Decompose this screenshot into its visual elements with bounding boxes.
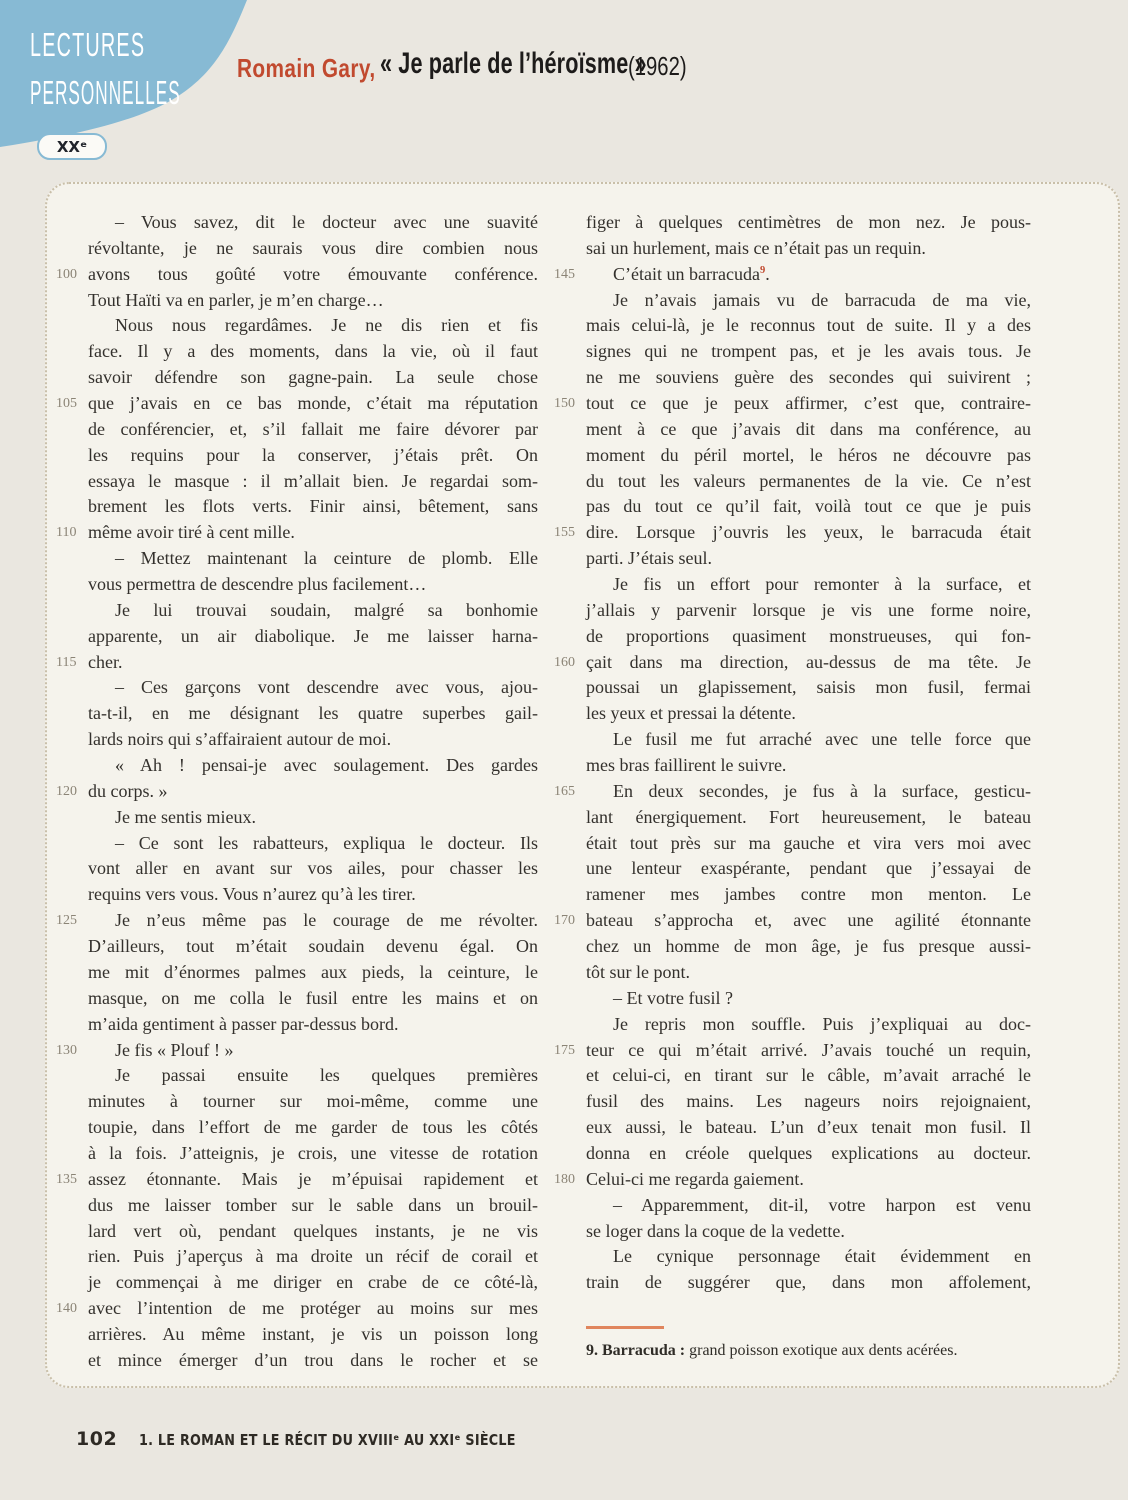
text-line-content: « Ah ! pensai-je avec soulagement. Des g… bbox=[88, 753, 538, 779]
footnote: 9. Barracuda : grand poisson exotique au… bbox=[586, 1340, 1031, 1361]
text-line-content: C’était un barracuda9. bbox=[586, 262, 1031, 288]
text-line-content: – Vous savez, dit le docteur avec une su… bbox=[88, 210, 538, 236]
text-line: 135assez étonnante. Mais je m’épuisai ra… bbox=[50, 1167, 538, 1193]
line-number bbox=[50, 598, 88, 624]
line-number bbox=[50, 1089, 88, 1115]
text-line: 175teur ce qui m’était arrivé. J’avais t… bbox=[548, 1038, 1031, 1064]
line-number bbox=[50, 1063, 88, 1089]
footnote-reference: 9 bbox=[760, 265, 765, 276]
text-line-content: Je passai ensuite les quelques premières bbox=[88, 1063, 538, 1089]
text-line: et mince émerger d’un trou dans le roche… bbox=[50, 1348, 538, 1374]
line-number bbox=[50, 856, 88, 882]
text-line: 165En deux secondes, je fus à la surface… bbox=[548, 779, 1031, 805]
text-line-content: était tout près sur ma gauche et vira ve… bbox=[586, 831, 1031, 857]
text-line-content: – Mettez maintenant la ceinture de plomb… bbox=[88, 546, 538, 572]
line-number bbox=[548, 960, 586, 986]
text-line-content: ramener mes jambes contre mon menton. Le bbox=[586, 882, 1031, 908]
text-line: 160çait dans ma direction, au-dessus de … bbox=[548, 650, 1031, 676]
text-line-content: Je n’eus même pas le courage de me révol… bbox=[88, 908, 538, 934]
text-line-content: Le cynique personnage était évidemment e… bbox=[586, 1244, 1031, 1270]
category-label-line1: LECTURES bbox=[30, 26, 145, 64]
text-line-content: brement les flots verts. Finir ainsi, bê… bbox=[88, 494, 538, 520]
text-line: moment du péril mortel, le héros ne déco… bbox=[548, 443, 1031, 469]
text-line: les requins pour la conserver, j’étais p… bbox=[50, 443, 538, 469]
text-line: révoltante, je ne saurais vous dire comb… bbox=[50, 236, 538, 262]
line-number bbox=[50, 805, 88, 831]
line-number bbox=[50, 1141, 88, 1167]
text-line: arrières. Au même instant, je vis un poi… bbox=[50, 1322, 538, 1348]
text-line: donna en créole quelques explications au… bbox=[548, 1141, 1031, 1167]
line-number bbox=[50, 1012, 88, 1038]
text-line-content: assez étonnante. Mais je m’épuisai rapid… bbox=[88, 1167, 538, 1193]
line-number bbox=[548, 1141, 586, 1167]
text-line: ramener mes jambes contre mon menton. Le bbox=[548, 882, 1031, 908]
line-number bbox=[548, 236, 586, 262]
text-line: toupie, dans l’effort de me garder de to… bbox=[50, 1115, 538, 1141]
line-number: 140 bbox=[50, 1296, 88, 1322]
text-line-content: m’aida gentiment à passer par-dessus bor… bbox=[88, 1012, 538, 1038]
line-number bbox=[548, 624, 586, 650]
line-number bbox=[50, 210, 88, 236]
text-line: Tout Haïti va en parler, je m’en charge… bbox=[50, 288, 538, 314]
text-line-content: apparente, un air diabolique. Je me lais… bbox=[88, 624, 538, 650]
line-number bbox=[548, 210, 586, 236]
text-line-content: sai un hurlement, mais ce n’était pas un… bbox=[586, 236, 1031, 262]
text-line-content: – Ce sont les rabatteurs, expliqua le do… bbox=[88, 831, 538, 857]
text-line: vont aller en avant sur vos ailes, pour … bbox=[50, 856, 538, 882]
text-line: – Ces garçons vont descendre avec vous, … bbox=[50, 675, 538, 701]
text-line-content: de conférencier, et, s’il fallait me fai… bbox=[88, 417, 538, 443]
text-line: lards noirs qui s’affairaient autour de … bbox=[50, 727, 538, 753]
text-line-content: tôt sur le pont. bbox=[586, 960, 1031, 986]
text-line: parti. J’étais seul. bbox=[548, 546, 1031, 572]
text-line-content: savoir défendre son gagne-pain. La seule… bbox=[88, 365, 538, 391]
text-line-content: requins vers vous. Vous n’aurez qu’à les… bbox=[88, 882, 538, 908]
line-number bbox=[50, 572, 88, 598]
text-line-content: En deux secondes, je fus à la surface, g… bbox=[586, 779, 1031, 805]
line-number bbox=[548, 1089, 586, 1115]
footnote-block: 9. Barracuda : grand poisson exotique au… bbox=[586, 1326, 1031, 1361]
text-line: 130Je fis « Plouf ! » bbox=[50, 1038, 538, 1064]
text-line: m’aida gentiment à passer par-dessus bor… bbox=[50, 1012, 538, 1038]
text-line: ment à ce que j’avais dit dans ma confér… bbox=[548, 417, 1031, 443]
chapter-title: 1. LE ROMAN ET LE RÉCIT DU XVIIIᵉ AU XXI… bbox=[139, 1431, 516, 1449]
text-line-content: dus me laisser tomber sur le sable dans … bbox=[88, 1193, 538, 1219]
text-line-content: masque, on me colla le fusil entre les m… bbox=[88, 986, 538, 1012]
text-line-content: figer à quelques centimètres de mon nez.… bbox=[586, 210, 1031, 236]
text-line-content: ta-t-il, en me désignant les quatre supe… bbox=[88, 701, 538, 727]
text-line: signes qui ne trompent pas, et je les av… bbox=[548, 339, 1031, 365]
line-number: 130 bbox=[50, 1038, 88, 1064]
line-number: 100 bbox=[50, 262, 88, 288]
page-footer: 102 1. LE ROMAN ET LE RÉCIT DU XVIIIᵉ AU… bbox=[76, 1428, 582, 1450]
line-number bbox=[50, 417, 88, 443]
text-line-content: – Ces garçons vont descendre avec vous, … bbox=[88, 675, 538, 701]
text-line: Je passai ensuite les quelques premières bbox=[50, 1063, 538, 1089]
line-number bbox=[548, 1012, 586, 1038]
text-line-content: avec l’intention de me protéger au moins… bbox=[88, 1296, 538, 1322]
page-number: 102 bbox=[76, 1428, 117, 1450]
text-line: – Ce sont les rabatteurs, expliqua le do… bbox=[50, 831, 538, 857]
text-line: lard vert où, pendant quelques instants,… bbox=[50, 1219, 538, 1245]
text-line-content: eux aussi, le bateau. L’un d’eux tenait … bbox=[586, 1115, 1031, 1141]
text-line-content: dire. Lorsque j’ouvris les yeux, le barr… bbox=[586, 520, 1031, 546]
line-number bbox=[50, 236, 88, 262]
line-number bbox=[548, 882, 586, 908]
text-line: j’allais y parvenir lorsque je vis une f… bbox=[548, 598, 1031, 624]
text-line: de proportions quasiment monstrueuses, q… bbox=[548, 624, 1031, 650]
text-line: Le fusil me fut arraché avec une telle f… bbox=[548, 727, 1031, 753]
text-line-content: et mince émerger d’un trou dans le roche… bbox=[88, 1348, 538, 1374]
line-number bbox=[548, 934, 586, 960]
text-line: 110même avoir tiré à cent mille. bbox=[50, 520, 538, 546]
footnote-definition: grand poisson exotique aux dents acérées… bbox=[685, 1342, 957, 1359]
line-number bbox=[548, 1270, 586, 1296]
line-number: 105 bbox=[50, 391, 88, 417]
line-number bbox=[548, 831, 586, 857]
line-number: 135 bbox=[50, 1167, 88, 1193]
text-line-content: une lenteur exaspérante, pendant que j’e… bbox=[586, 856, 1031, 882]
line-number bbox=[50, 1115, 88, 1141]
text-line-content: arrières. Au même instant, je vis un poi… bbox=[88, 1322, 538, 1348]
text-line-content: toupie, dans l’effort de me garder de to… bbox=[88, 1115, 538, 1141]
text-line-content: je commençai à me diriger en crabe de ce… bbox=[88, 1270, 538, 1296]
line-number bbox=[548, 443, 586, 469]
text-line-content: face. Il y a des moments, dans la vie, o… bbox=[88, 339, 538, 365]
text-line: poussai un glapissement, saisis mon fusi… bbox=[548, 675, 1031, 701]
text-line-content: révoltante, je ne saurais vous dire comb… bbox=[88, 236, 538, 262]
text-line: tôt sur le pont. bbox=[548, 960, 1031, 986]
text-line-content: j’allais y parvenir lorsque je vis une f… bbox=[586, 598, 1031, 624]
text-line-content: se loger dans la coque de la vedette. bbox=[586, 1219, 1031, 1245]
line-number: 180 bbox=[548, 1167, 586, 1193]
line-number bbox=[50, 986, 88, 1012]
text-line: 125Je n’eus même pas le courage de me ré… bbox=[50, 908, 538, 934]
text-line: Je me sentis mieux. bbox=[50, 805, 538, 831]
text-line-content: teur ce qui m’était arrivé. J’avais touc… bbox=[586, 1038, 1031, 1064]
text-line: je commençai à me diriger en crabe de ce… bbox=[50, 1270, 538, 1296]
line-number: 125 bbox=[50, 908, 88, 934]
text-line: Nous nous regardâmes. Je ne dis rien et … bbox=[50, 313, 538, 339]
line-number bbox=[548, 727, 586, 753]
author-name: Romain Gary, bbox=[237, 53, 376, 84]
text-line-content: rien. Puis j’aperçus à ma droite un réci… bbox=[88, 1244, 538, 1270]
line-number bbox=[50, 494, 88, 520]
text-line: une lenteur exaspérante, pendant que j’e… bbox=[548, 856, 1031, 882]
line-number: 170 bbox=[548, 908, 586, 934]
text-line-content: ne me souviens guère des secondes qui su… bbox=[586, 365, 1031, 391]
text-column-left: – Vous savez, dit le docteur avec une su… bbox=[50, 210, 538, 1374]
text-line: requins vers vous. Vous n’aurez qu’à les… bbox=[50, 882, 538, 908]
text-line: 150tout ce que je peux affirmer, c’est q… bbox=[548, 391, 1031, 417]
textbook-page: { "header": { "category": ["LECTURES", "… bbox=[0, 0, 1128, 1500]
text-line: mais celui-là, je le reconnus tout de su… bbox=[548, 313, 1031, 339]
text-line: Je n’avais jamais vu de barracuda de ma … bbox=[548, 288, 1031, 314]
text-line-content: vont aller en avant sur vos ailes, pour … bbox=[88, 856, 538, 882]
text-line: essaya le masque : il m’allait bien. Je … bbox=[50, 469, 538, 495]
text-line: – Apparemment, dit-il, votre harpon est … bbox=[548, 1193, 1031, 1219]
text-line: était tout près sur ma gauche et vira ve… bbox=[548, 831, 1031, 857]
text-line-content: train de suggérer que, dans mon affoleme… bbox=[586, 1270, 1031, 1296]
line-number bbox=[548, 339, 586, 365]
text-line: figer à quelques centimètres de mon nez.… bbox=[548, 210, 1031, 236]
text-line: chez un homme de mon âge, je fus presque… bbox=[548, 934, 1031, 960]
text-line-content: signes qui ne trompent pas, et je les av… bbox=[586, 339, 1031, 365]
text-line: 145C’était un barracuda9. bbox=[548, 262, 1031, 288]
text-line-content: Le fusil me fut arraché avec une telle f… bbox=[586, 727, 1031, 753]
line-number bbox=[548, 572, 586, 598]
line-number bbox=[548, 856, 586, 882]
text-line-content: vous permettra de descendre plus facilem… bbox=[88, 572, 538, 598]
text-line: et celui-ci, en tirant sur le câble, m’a… bbox=[548, 1063, 1031, 1089]
text-line: D’ailleurs, tout m’était soudain devenu … bbox=[50, 934, 538, 960]
text-line: fusil des mains. Les nageurs noirs rejoi… bbox=[548, 1089, 1031, 1115]
text-line: sai un hurlement, mais ce n’était pas un… bbox=[548, 236, 1031, 262]
line-number bbox=[548, 494, 586, 520]
footnote-rule bbox=[586, 1326, 664, 1329]
text-line: Le cynique personnage était évidemment e… bbox=[548, 1244, 1031, 1270]
line-number bbox=[50, 831, 88, 857]
line-number bbox=[548, 805, 586, 831]
text-line-content: chez un homme de mon âge, je fus presque… bbox=[586, 934, 1031, 960]
text-line-content: essaya le masque : il m’allait bien. Je … bbox=[88, 469, 538, 495]
text-line-content: Je me sentis mieux. bbox=[88, 805, 538, 831]
line-number bbox=[50, 701, 88, 727]
text-line-content: lards noirs qui s’affairaient autour de … bbox=[88, 727, 538, 753]
text-line: Je repris mon souffle. Puis j’expliquai … bbox=[548, 1012, 1031, 1038]
text-line-content: Celui-ci me regarda gaiement. bbox=[586, 1167, 1031, 1193]
text-line-content: même avoir tiré à cent mille. bbox=[88, 520, 538, 546]
line-number bbox=[50, 1348, 88, 1374]
line-number bbox=[50, 469, 88, 495]
text-line: mes bras faillirent le suivre. bbox=[548, 753, 1031, 779]
text-line-content: à la fois. J’atteignis, je crois, une vi… bbox=[88, 1141, 538, 1167]
text-line: – Et votre fusil ? bbox=[548, 986, 1031, 1012]
text-line-content: Nous nous regardâmes. Je ne dis rien et … bbox=[88, 313, 538, 339]
text-line: dus me laisser tomber sur le sable dans … bbox=[50, 1193, 538, 1219]
line-number bbox=[50, 624, 88, 650]
text-line-content: cher. bbox=[88, 650, 538, 676]
line-number bbox=[50, 313, 88, 339]
line-number bbox=[50, 443, 88, 469]
text-line-content: donna en créole quelques explications au… bbox=[586, 1141, 1031, 1167]
line-number bbox=[50, 1219, 88, 1245]
text-line: rien. Puis j’aperçus à ma droite un réci… bbox=[50, 1244, 538, 1270]
text-line: pas du tout ce qu’il fait, voilà tout ce… bbox=[548, 494, 1031, 520]
century-badge: XXᵉ bbox=[37, 133, 107, 160]
text-line-content: çait dans ma direction, au-dessus de ma … bbox=[586, 650, 1031, 676]
line-number bbox=[50, 1193, 88, 1219]
text-line-content: lant énergiquement. Fort heureusement, l… bbox=[586, 805, 1031, 831]
line-number bbox=[50, 934, 88, 960]
footnote-term: 9. Barracuda : bbox=[586, 1342, 685, 1359]
line-number: 155 bbox=[548, 520, 586, 546]
line-number: 120 bbox=[50, 779, 88, 805]
text-line-content: du corps. » bbox=[88, 779, 538, 805]
line-number bbox=[50, 546, 88, 572]
text-line-content: que j’avais en ce bas monde, c’était ma … bbox=[88, 391, 538, 417]
text-line: train de suggérer que, dans mon affoleme… bbox=[548, 1270, 1031, 1296]
line-number bbox=[50, 1322, 88, 1348]
text-line: me mit d’énormes palmes aux pieds, la ce… bbox=[50, 960, 538, 986]
work-year: (1962) bbox=[628, 51, 687, 82]
text-line: 155dire. Lorsque j’ouvris les yeux, le b… bbox=[548, 520, 1031, 546]
line-number bbox=[548, 417, 586, 443]
text-line-content: du tout les valeurs permanentes de la vi… bbox=[586, 469, 1031, 495]
line-number bbox=[50, 1244, 88, 1270]
text-line: face. Il y a des moments, dans la vie, o… bbox=[50, 339, 538, 365]
text-line-content: Je n’avais jamais vu de barracuda de ma … bbox=[586, 288, 1031, 314]
text-line: Je fis un effort pour remonter à la surf… bbox=[548, 572, 1031, 598]
text-line-content: bateau s’approcha et, avec une agilité é… bbox=[586, 908, 1031, 934]
text-line-content: et celui-ci, en tirant sur le câble, m’a… bbox=[586, 1063, 1031, 1089]
text-line: 170bateau s’approcha et, avec une agilit… bbox=[548, 908, 1031, 934]
text-line: minutes à tourner sur moi-même, comme un… bbox=[50, 1089, 538, 1115]
line-number bbox=[50, 727, 88, 753]
text-line: savoir défendre son gagne-pain. La seule… bbox=[50, 365, 538, 391]
reading-card: – Vous savez, dit le docteur avec une su… bbox=[45, 182, 1120, 1388]
line-number bbox=[548, 986, 586, 1012]
text-line: de conférencier, et, s’il fallait me fai… bbox=[50, 417, 538, 443]
text-line: 115cher. bbox=[50, 650, 538, 676]
text-line-content: mais celui-là, je le reconnus tout de su… bbox=[586, 313, 1031, 339]
text-line-content: Je fis « Plouf ! » bbox=[88, 1038, 538, 1064]
text-line: vous permettra de descendre plus facilem… bbox=[50, 572, 538, 598]
line-number bbox=[548, 469, 586, 495]
line-number: 160 bbox=[548, 650, 586, 676]
line-number bbox=[50, 960, 88, 986]
text-line: lant énergiquement. Fort heureusement, l… bbox=[548, 805, 1031, 831]
text-line-content: ment à ce que j’avais dit dans ma confér… bbox=[586, 417, 1031, 443]
line-number: 145 bbox=[548, 262, 586, 288]
text-line: les yeux et pressai la détente. bbox=[548, 701, 1031, 727]
text-line: 180Celui-ci me regarda gaiement. bbox=[548, 1167, 1031, 1193]
text-line-content: Je fis un effort pour remonter à la surf… bbox=[586, 572, 1031, 598]
text-line-content: avons tous goûté votre émouvante confére… bbox=[88, 262, 538, 288]
line-number bbox=[50, 753, 88, 779]
text-line-content: poussai un glapissement, saisis mon fusi… bbox=[586, 675, 1031, 701]
line-number: 165 bbox=[548, 779, 586, 805]
text-line: apparente, un air diabolique. Je me lais… bbox=[50, 624, 538, 650]
text-line-content: parti. J’étais seul. bbox=[586, 546, 1031, 572]
text-line-content: les requins pour la conserver, j’étais p… bbox=[88, 443, 538, 469]
line-number bbox=[50, 882, 88, 908]
text-line-content: mes bras faillirent le suivre. bbox=[586, 753, 1031, 779]
text-line: ne me souviens guère des secondes qui su… bbox=[548, 365, 1031, 391]
line-number: 115 bbox=[50, 650, 88, 676]
text-line: 140avec l’intention de me protéger au mo… bbox=[50, 1296, 538, 1322]
line-number bbox=[548, 1115, 586, 1141]
line-number bbox=[548, 753, 586, 779]
line-number bbox=[548, 1244, 586, 1270]
line-number bbox=[548, 1219, 586, 1245]
text-line: ta-t-il, en me désignant les quatre supe… bbox=[50, 701, 538, 727]
text-line-content: – Apparemment, dit-il, votre harpon est … bbox=[586, 1193, 1031, 1219]
text-line-content: lard vert où, pendant quelques instants,… bbox=[88, 1219, 538, 1245]
text-line-content: D’ailleurs, tout m’était soudain devenu … bbox=[88, 934, 538, 960]
text-line-content: me mit d’énormes palmes aux pieds, la ce… bbox=[88, 960, 538, 986]
line-number bbox=[50, 288, 88, 314]
line-number bbox=[548, 288, 586, 314]
line-number bbox=[50, 339, 88, 365]
line-number: 150 bbox=[548, 391, 586, 417]
line-number: 175 bbox=[548, 1038, 586, 1064]
text-line: 105que j’avais en ce bas monde, c’était … bbox=[50, 391, 538, 417]
text-line-content: Tout Haïti va en parler, je m’en charge… bbox=[88, 288, 538, 314]
text-line: brement les flots verts. Finir ainsi, bê… bbox=[50, 494, 538, 520]
text-line: se loger dans la coque de la vedette. bbox=[548, 1219, 1031, 1245]
text-line-content: pas du tout ce qu’il fait, voilà tout ce… bbox=[586, 494, 1031, 520]
line-number bbox=[548, 701, 586, 727]
line-number bbox=[548, 546, 586, 572]
line-number bbox=[548, 1193, 586, 1219]
text-column-right: figer à quelques centimètres de mon nez.… bbox=[548, 210, 1031, 1361]
text-line: « Ah ! pensai-je avec soulagement. Des g… bbox=[50, 753, 538, 779]
line-number: 110 bbox=[50, 520, 88, 546]
text-line: – Mettez maintenant la ceinture de plomb… bbox=[50, 546, 538, 572]
text-line: 120du corps. » bbox=[50, 779, 538, 805]
text-line-content: minutes à tourner sur moi-même, comme un… bbox=[88, 1089, 538, 1115]
line-number bbox=[548, 313, 586, 339]
text-line-content: les yeux et pressai la détente. bbox=[586, 701, 1031, 727]
line-number bbox=[548, 675, 586, 701]
text-line: à la fois. J’atteignis, je crois, une vi… bbox=[50, 1141, 538, 1167]
text-line: masque, on me colla le fusil entre les m… bbox=[50, 986, 538, 1012]
text-line: 100avons tous goûté votre émouvante conf… bbox=[50, 262, 538, 288]
line-number bbox=[548, 365, 586, 391]
text-line-content: tout ce que je peux affirmer, c’est que,… bbox=[586, 391, 1031, 417]
right-column-lines: figer à quelques centimètres de mon nez.… bbox=[548, 210, 1031, 1296]
work-title: « Je parle de l’héroïsme » bbox=[380, 47, 647, 81]
text-line-content: moment du péril mortel, le héros ne déco… bbox=[586, 443, 1031, 469]
line-number bbox=[50, 365, 88, 391]
line-number bbox=[50, 1270, 88, 1296]
text-line-content: Je lui trouvai soudain, malgré sa bonhom… bbox=[88, 598, 538, 624]
line-number bbox=[50, 675, 88, 701]
line-number bbox=[548, 1063, 586, 1089]
text-line: – Vous savez, dit le docteur avec une su… bbox=[50, 210, 538, 236]
text-line: Je lui trouvai soudain, malgré sa bonhom… bbox=[50, 598, 538, 624]
text-line: du tout les valeurs permanentes de la vi… bbox=[548, 469, 1031, 495]
text-line-content: fusil des mains. Les nageurs noirs rejoi… bbox=[586, 1089, 1031, 1115]
text-line-content: Je repris mon souffle. Puis j’expliquai … bbox=[586, 1012, 1031, 1038]
line-number bbox=[548, 598, 586, 624]
text-line: eux aussi, le bateau. L’un d’eux tenait … bbox=[548, 1115, 1031, 1141]
text-line-content: de proportions quasiment monstrueuses, q… bbox=[586, 624, 1031, 650]
category-label-line2: PERSONNELLES bbox=[30, 74, 181, 112]
text-line-content: – Et votre fusil ? bbox=[586, 986, 1031, 1012]
